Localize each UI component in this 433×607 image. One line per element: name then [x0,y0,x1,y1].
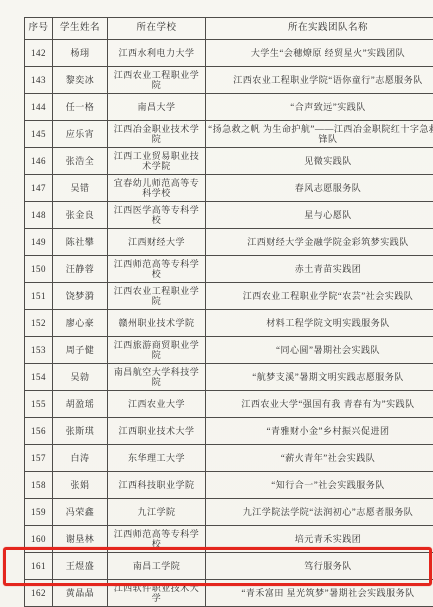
col-header-no: 序号 [25,18,53,40]
cell-no: 158 [25,472,53,499]
cell-school: 江西师范高等专科学校 [108,256,206,283]
cell-no: 147 [25,175,53,202]
cell-school: 南昌大学 [108,94,206,121]
cell-school: 江西旅游商贸职业学院 [108,337,206,364]
cell-student-name: 张金良 [53,202,108,229]
cell-student-name: 黄晶晶 [53,580,108,607]
cell-student-name: 黎奕冰 [53,67,108,94]
cell-no: 160 [25,526,53,553]
col-header-team: 所在实践团队名称 [206,18,433,40]
cell-no: 151 [25,283,53,310]
cell-no: 152 [25,310,53,337]
cell-no: 148 [25,202,53,229]
cell-student-name: 王煜盛 [53,553,108,580]
cell-team: 见微实践队 [206,148,433,175]
table-row: 162 黄晶晶 江西软件职业技术大学 “青禾富田 星光筑梦”暑期社会实践服务队 [25,580,433,607]
table-row: 144 任一格 南昌大学 “合声致远”实践队 [25,94,433,121]
cell-school: 江西职业技术大学 [108,418,206,445]
cell-school: 江西师范高等专科学校 [108,526,206,553]
cell-team: “同心圆”暑期社会实践队 [206,337,433,364]
table-row: 142 杨珝 江西水利电力大学 大学生“会穗燎原 经贸星火”实践团队 [25,40,433,67]
cell-school: 江西软件职业技术大学 [108,580,206,607]
cell-student-name: 周子健 [53,337,108,364]
cell-team: “航梦支溪”暑期文明实践志愿服务队 [206,364,433,391]
table-row: 156 张斯琪 江西职业技术大学 “青雅财小金”乡村振兴促进团 [25,418,433,445]
table-row: 157 白涛 东华理工大学 “薪火青年”社会实践队 [25,445,433,472]
cell-no: 156 [25,418,53,445]
table-row: 146 张浩全 江西工业贸易职业技术学院 见微实践队 [25,148,433,175]
cell-team: “薪火青年”社会实践队 [206,445,433,472]
cell-student-name: 应乐宵 [53,121,108,148]
cell-school: 江西科技职业学院 [108,472,206,499]
cell-no: 162 [25,580,53,607]
cell-school: 江西农业工程职业学院 [108,283,206,310]
cell-no: 150 [25,256,53,283]
cell-team: 江西农业工程职业学院“语你童行”志愿服务队 [206,67,433,94]
cell-school: 宜春幼儿师范高等专科学校 [108,175,206,202]
table-row: 143 黎奕冰 江西农业工程职业学院 江西农业工程职业学院“语你童行”志愿服务队 [25,67,433,94]
practice-team-table: 序号 学生姓名 所在学校 所在实践团队名称 142 杨珝 江西水利电力大学 大学… [24,17,433,607]
table-row: 153 周子健 江西旅游商贸职业学院 “同心圆”暑期社会实践队 [25,337,433,364]
cell-team: 江西农业大学“强国有我 青春有为”实践队 [206,391,433,418]
table-row: 154 吴勍 南昌航空大学科技学院 “航梦支溪”暑期文明实践志愿服务队 [25,364,433,391]
col-header-school: 所在学校 [108,18,206,40]
cell-no: 146 [25,148,53,175]
cell-no: 154 [25,364,53,391]
cell-school: 江西医学高等专科学校 [108,202,206,229]
cell-student-name: 汪静蓉 [53,256,108,283]
table-row: 151 饶梦漪 江西农业工程职业学院 江西农业工程职业学院“农芸”社会实践队 [25,283,433,310]
cell-team: 培元青禾实践团 [206,526,433,553]
table-row: 145 应乐宵 江西冶金职业技术学院 “扬急救之帆 为生命护航”——江西冶金职院… [25,121,433,148]
cell-student-name: 任一格 [53,94,108,121]
cell-team: 赤土青苗实践团 [206,256,433,283]
cell-student-name: 吴勍 [53,364,108,391]
cell-no: 144 [25,94,53,121]
cell-school: 江西工业贸易职业技术学院 [108,148,206,175]
cell-team: “青雅财小金”乡村振兴促进团 [206,418,433,445]
table-row: 149 陈社攀 江西财经大学 江西财经大学金融学院金彩筑梦实践队 [25,229,433,256]
cell-school: 东华理工大学 [108,445,206,472]
table-row: 150 汪静蓉 江西师范高等专科学校 赤土青苗实践团 [25,256,433,283]
table-row: 147 吴错 宜春幼儿师范高等专科学校 春风志愿服务队 [25,175,433,202]
table-row: 148 张金良 江西医学高等专科学校 星与心愿队 [25,202,433,229]
cell-student-name: 廖心豪 [53,310,108,337]
cell-team: 大学生“会穗燎原 经贸星火”实践团队 [206,40,433,67]
table-row: 160 谢垦林 江西师范高等专科学校 培元青禾实践团 [25,526,433,553]
cell-school: 南昌工学院 [108,553,206,580]
table-row: 155 胡盈瑶 江西农业大学 江西农业大学“强国有我 青春有为”实践队 [25,391,433,418]
table-row: 152 廖心豪 赣州职业技术学院 材料工程学院文明实践服务队 [25,310,433,337]
cell-student-name: 张斯琪 [53,418,108,445]
cell-school: 江西冶金职业技术学院 [108,121,206,148]
col-header-name: 学生姓名 [53,18,108,40]
cell-team: “知行合一”社会实践服务队 [206,472,433,499]
cell-team: “合声致远”实践队 [206,94,433,121]
table-row: 158 张娟 江西科技职业学院 “知行合一”社会实践服务队 [25,472,433,499]
cell-student-name: 胡盈瑶 [53,391,108,418]
cell-no: 149 [25,229,53,256]
cell-student-name: 张娟 [53,472,108,499]
cell-team: 星与心愿队 [206,202,433,229]
cell-no: 145 [25,121,53,148]
cell-student-name: 吴错 [53,175,108,202]
cell-student-name: 陈社攀 [53,229,108,256]
cell-student-name: 饶梦漪 [53,283,108,310]
cell-school: 江西水利电力大学 [108,40,206,67]
cell-team: 春风志愿服务队 [206,175,433,202]
table-body: 142 杨珝 江西水利电力大学 大学生“会穗燎原 经贸星火”实践团队 143 黎… [25,40,433,607]
cell-team: 江西农业工程职业学院“农芸”社会实践队 [206,283,433,310]
cell-team: 材料工程学院文明实践服务队 [206,310,433,337]
cell-student-name: 张浩全 [53,148,108,175]
cell-no: 159 [25,499,53,526]
cell-team: 九江学院法学院“法润初心”志愿者服务队 [206,499,433,526]
cell-school: 九江学院 [108,499,206,526]
header-row: 序号 学生姓名 所在学校 所在实践团队名称 [25,18,433,40]
cell-school: 赣州职业技术学院 [108,310,206,337]
cell-no: 143 [25,67,53,94]
cell-no: 161 [25,553,53,580]
cell-no: 157 [25,445,53,472]
cell-student-name: 白涛 [53,445,108,472]
document-page: 序号 学生姓名 所在学校 所在实践团队名称 142 杨珝 江西水利电力大学 大学… [0,0,433,607]
cell-no: 142 [25,40,53,67]
cell-school: 江西财经大学 [108,229,206,256]
cell-student-name: 谢垦林 [53,526,108,553]
cell-team: “青禾富田 星光筑梦”暑期社会实践服务队 [206,580,433,607]
table-row: 159 冯荣鑫 九江学院 九江学院法学院“法润初心”志愿者服务队 [25,499,433,526]
cell-student-name: 杨珝 [53,40,108,67]
cell-school: 南昌航空大学科技学院 [108,364,206,391]
cell-no: 155 [25,391,53,418]
cell-school: 江西农业大学 [108,391,206,418]
cell-student-name: 冯荣鑫 [53,499,108,526]
cell-team: 江西财经大学金融学院金彩筑梦实践队 [206,229,433,256]
cell-team: “扬急救之帆 为生命护航”——江西冶金职院红十字急救先锋队 [206,121,433,148]
cell-no: 153 [25,337,53,364]
cell-team: 笃行服务队 [206,553,433,580]
table-row: 161 王煜盛 南昌工学院 笃行服务队 [25,553,433,580]
cell-school: 江西农业工程职业学院 [108,67,206,94]
